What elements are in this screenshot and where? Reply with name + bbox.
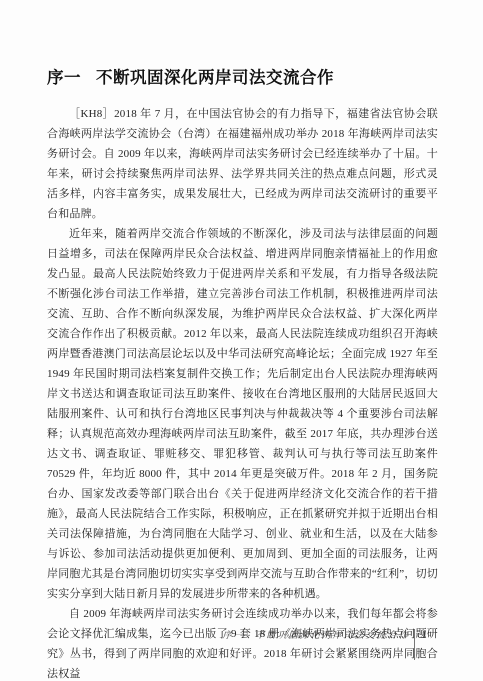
page-footer: 序一 不断巩固深化两岸司法交流合作 1 <box>222 629 427 660</box>
paragraph-1: ［KH8］2018 年 7 月，在中国法官协会的有力指导下，福建省法官协会联合海… <box>47 104 438 224</box>
footer-divider-rule <box>414 629 415 660</box>
title-text: 不断巩固深化两岸司法交流合作 <box>96 69 334 87</box>
page-title: 序一不断巩固深化两岸司法交流合作 <box>47 64 334 88</box>
title-prefix: 序一 <box>47 69 81 87</box>
document-body: ［KH8］2018 年 7 月，在中国法官协会的有力指导下，福建省法官协会联合海… <box>47 104 438 681</box>
page-number: 1 <box>422 629 428 642</box>
paragraph-2: 近年来，随着两岸交流合作领域的不断深化，涉及司法与法律层面的问题日益增多，司法在… <box>47 224 438 604</box>
running-title: 序一 不断巩固深化两岸司法交流合作 <box>222 629 409 642</box>
document-page: 序一不断巩固深化两岸司法交流合作 ［KH8］2018 年 7 月，在中国法官协会… <box>0 0 483 681</box>
